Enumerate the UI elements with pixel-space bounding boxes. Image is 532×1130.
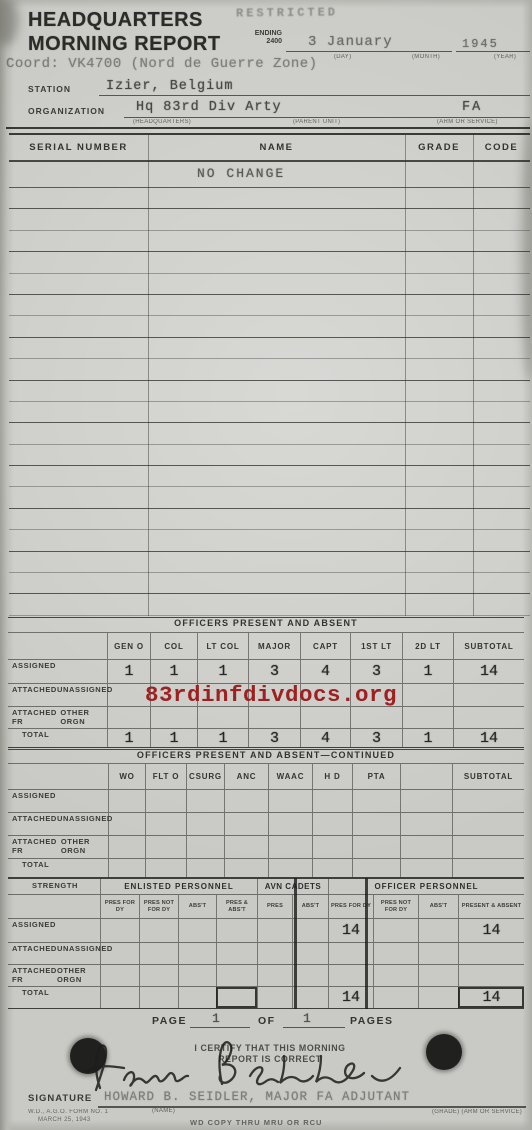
strength-table: STRENGTH ENLISTED PERSONNEL AVN CADETS O…	[8, 878, 524, 1009]
continued-assigned-row: ASSIGNED	[8, 790, 524, 813]
col-hd: H D	[312, 764, 352, 789]
station-value: Izier, Belgium	[106, 79, 233, 94]
month-sublabel: (MONTH)	[412, 54, 440, 60]
strength-label: STRENGTH	[8, 879, 100, 894]
col-lt-col: LT COL	[197, 633, 248, 659]
col-name: NAME	[148, 142, 405, 153]
group-enlisted-personnel: ENLISTED PERSONNEL	[100, 879, 257, 894]
officers-continued-header-row: WO FLT O CSURG ANC WAAC H D PTA SUBTOTAL	[8, 764, 524, 790]
station-label: STATION	[28, 84, 71, 94]
strength-subheader-row: PRES FOR DY PRES NOT FOR DY ABS'T PRES &…	[8, 895, 524, 919]
strength-attached-unassigned-row: ATTACHEDUNASSIGNED	[8, 943, 524, 965]
col-waac: WAAC	[268, 764, 312, 789]
station-underline	[99, 95, 530, 96]
col-subtotal: SUBTOTAL	[452, 764, 524, 789]
continued-attached-unassigned-row: ATTACHEDUNASSIGNED	[8, 813, 524, 836]
website-watermark: 83rdinfdivdocs.org	[145, 682, 397, 708]
header-divider-rule	[6, 127, 530, 129]
col-major: MAJOR	[248, 633, 300, 659]
scan-smudge	[0, 0, 18, 46]
year-sublabel: (YEAR)	[494, 54, 516, 60]
restricted-stamp: RESTRICTED	[236, 5, 338, 20]
ending-label: ENDING	[248, 30, 282, 38]
form-date: MARCH 25, 1943	[28, 1116, 108, 1124]
col-off-pres-abs: PRESENT & ABSENT	[458, 895, 524, 918]
col-enl-pres-not: PRES NOT FOR DY	[139, 895, 178, 918]
form-title-morning-report: MORNING REPORT	[28, 33, 221, 56]
no-change-entry: NO CHANGE	[197, 166, 285, 181]
col-flt-o: FLT O	[145, 764, 186, 789]
form-title-headquarters: HEADQUARTERS	[28, 9, 203, 32]
officers-attached-fr-row: ATTACHED FROTHER ORGN	[8, 707, 524, 729]
roster-header-row: SERIAL NUMBER NAME GRADE CODE	[9, 135, 530, 162]
ending-time: 2400	[248, 38, 282, 46]
assigned-present-absent-value: 14	[458, 919, 524, 942]
total-present-absent-value: 14	[458, 987, 524, 1008]
col-enl-pres-for-dy: PRES FOR DY	[100, 895, 139, 918]
col-code: CODE	[473, 142, 530, 153]
year-underline	[456, 51, 530, 52]
col-subtotal: SUBTOTAL	[453, 633, 524, 659]
organization-value: Hq 83rd Div Arty	[136, 100, 282, 115]
continued-attached-fr-row: ATTACHED FROTHER ORGN	[8, 836, 524, 859]
col-pta: PTA	[352, 764, 400, 789]
col-off-pres-not: PRES NOT FOR DY	[373, 895, 418, 918]
officers-assigned-row: ASSIGNED 1 1 1 3 4 3 1 14	[8, 660, 524, 684]
arm-service-sublabel: (ARM OR SERVICE)	[437, 119, 498, 125]
day-sublabel: (DAY)	[334, 54, 351, 60]
roster-entry-row: NO CHANGE	[9, 162, 530, 188]
col-serial-number: SERIAL NUMBER	[9, 142, 148, 153]
organization-underline	[124, 117, 530, 118]
officers-total-row: TOTAL 1 1 1 3 4 3 1 14	[8, 729, 524, 748]
col-enl-abst: ABS'T	[178, 895, 216, 918]
col-csurg: CSURG	[186, 764, 224, 789]
grade-arm-sublabel: (GRADE) (ARM OR SERVICE)	[432, 1109, 522, 1115]
col-capt: CAPT	[300, 633, 350, 659]
strength-assigned-row: ASSIGNED 14 14	[8, 919, 524, 943]
total-enlisted-pres-abst-box	[216, 987, 257, 1008]
roster-table: SERIAL NUMBER NAME GRADE CODE NO CHANGE	[9, 133, 530, 616]
page-number: 1	[212, 1011, 220, 1026]
parent-unit-sublabel: (PARENT UNIT)	[293, 119, 340, 125]
strength-total-row: TOTAL 14 14	[8, 987, 524, 1009]
report-year-value: 1945	[462, 37, 499, 51]
continued-total-row: TOTAL	[8, 859, 524, 878]
officers-continued-table: OFFICERS PRESENT AND ABSENT—CONTINUED WO…	[8, 749, 524, 878]
officers-header-row: GEN O COL LT COL MAJOR CAPT 1ST LT 2D LT…	[8, 633, 524, 660]
col-2d-lt: 2D LT	[402, 633, 453, 659]
col-avn-pres: PRES	[257, 895, 292, 918]
total-pages: 1	[303, 1011, 311, 1026]
officers-continued-title: OFFICERS PRESENT AND ABSENT—CONTINUED	[8, 749, 524, 764]
avn-cadets-right-rule	[365, 878, 368, 1009]
arm-service-value: FA	[462, 100, 482, 115]
col-gen-o: GEN O	[107, 633, 150, 659]
officers-table-title: OFFICERS PRESENT AND ABSENT	[8, 617, 524, 633]
roster-empty-rows	[9, 188, 530, 616]
report-date-value: 3 January	[308, 34, 393, 50]
avn-cadets-left-rule	[294, 878, 297, 1009]
col-wo: WO	[108, 764, 145, 789]
date-underline	[286, 51, 452, 52]
col-grade: GRADE	[405, 142, 473, 153]
col-enl-pres-abst: PRES & ABS'T	[216, 895, 257, 918]
group-officer-personnel: OFFICER PERSONNEL	[328, 879, 524, 894]
coord-line: Coord: VK4700 (Nord de Guerre Zone)	[6, 56, 318, 72]
headquarters-sublabel: (HEADQUARTERS)	[133, 119, 191, 125]
morning-report-document: RESTRICTED HEADQUARTERS MORNING REPORT E…	[0, 0, 532, 1130]
strength-group-header: STRENGTH ENLISTED PERSONNEL AVN CADETS O…	[8, 878, 524, 895]
col-anc: ANC	[224, 764, 268, 789]
col-off-abst: ABS'T	[418, 895, 458, 918]
signature-handwriting	[72, 1026, 432, 1111]
strength-attached-fr-row: ATTACHED FROTHER ORGN	[8, 965, 524, 987]
group-avn-cadets: AVN CADETS	[257, 879, 328, 894]
col-blank	[400, 764, 452, 789]
organization-label: ORGANIZATION	[28, 106, 105, 116]
col-avn-abst: ABS'T	[292, 895, 328, 918]
col-1st-lt: 1ST LT	[350, 633, 402, 659]
copy-note: WD COPY THRU MRU OR RCU	[190, 1118, 322, 1127]
col-col: COL	[150, 633, 197, 659]
